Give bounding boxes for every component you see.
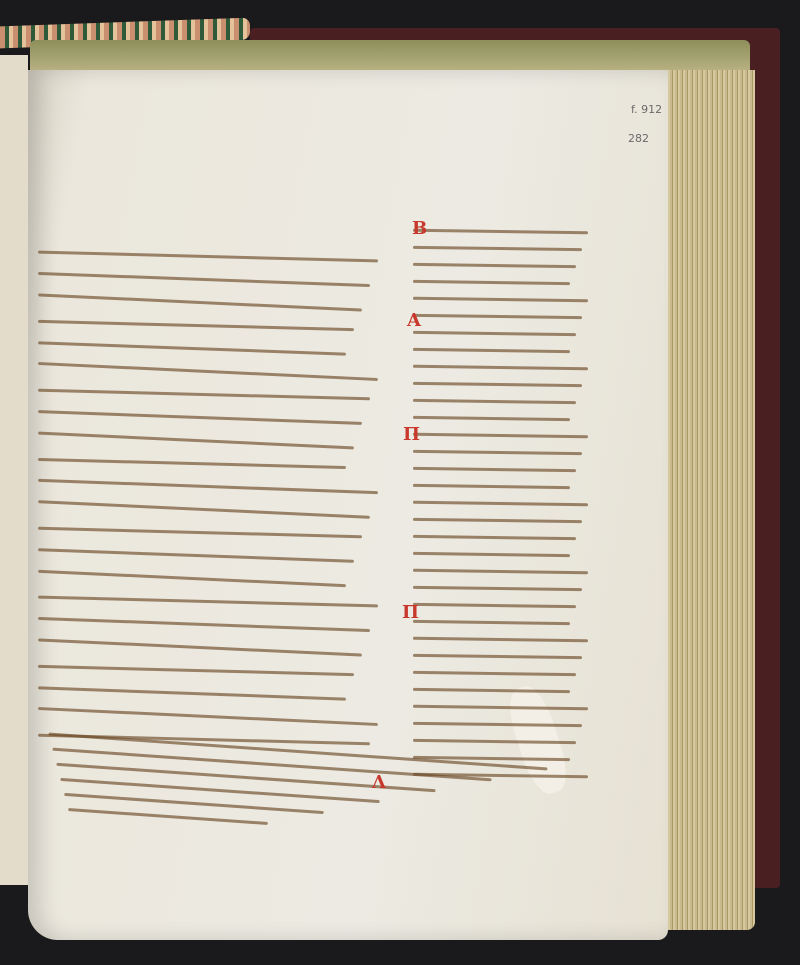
main-text-line	[38, 458, 346, 469]
commentary-text-line	[413, 297, 588, 302]
commentary-text-line	[413, 433, 588, 438]
bottom-note-line	[52, 748, 491, 782]
commentary-text-line	[413, 501, 588, 506]
rubric-initial: Λ	[372, 772, 386, 793]
commentary-text-line	[413, 331, 576, 336]
main-text-line	[38, 596, 378, 608]
main-text-line	[38, 432, 354, 450]
rubric-initial: Π	[402, 602, 419, 623]
commentary-text-line	[413, 484, 570, 489]
main-text-line	[38, 500, 370, 519]
main-text-line	[38, 707, 378, 726]
main-text-line	[38, 638, 362, 656]
commentary-text-line	[413, 314, 582, 319]
main-text-line	[38, 341, 346, 355]
commentary-text-line	[413, 382, 582, 387]
main-text-line	[38, 362, 378, 381]
commentary-text-line	[413, 671, 576, 676]
commentary-text-line	[413, 246, 582, 251]
commentary-text-line	[413, 263, 576, 268]
commentary-text-line	[413, 229, 588, 234]
rubric-initial: Β	[412, 218, 427, 239]
commentary-text-line	[413, 450, 582, 455]
commentary-text-line	[413, 535, 576, 540]
commentary-text-line	[413, 637, 588, 642]
rubric-initial: Π	[403, 424, 420, 445]
main-text-line	[38, 293, 362, 311]
commentary-text-line	[413, 722, 582, 727]
commentary-text-line	[413, 552, 570, 557]
commentary-text-line	[413, 399, 576, 404]
main-text-line	[38, 389, 370, 401]
main-text-line	[38, 548, 354, 563]
commentary-text-line	[413, 569, 588, 574]
commentary-text-line	[413, 688, 570, 693]
main-text-line	[38, 272, 370, 287]
bottom-note-line	[68, 808, 268, 825]
main-text-line	[38, 410, 362, 425]
main-text-line	[38, 665, 354, 676]
main-text-line	[38, 570, 346, 588]
manuscript-page: f. 912 282 ΒΑΠΠΛ	[28, 70, 668, 940]
main-text-line	[38, 251, 378, 263]
main-text-line	[38, 527, 362, 538]
fore-edge	[660, 70, 755, 930]
commentary-text-line	[413, 654, 582, 659]
main-text-line	[38, 479, 378, 494]
commentary-text-line	[413, 586, 582, 591]
main-text-line	[38, 320, 354, 331]
commentary-text-line	[413, 280, 570, 285]
commentary-text-line	[413, 416, 570, 421]
left-page-sliver	[0, 55, 28, 885]
rubric-initial: Α	[407, 310, 421, 331]
commentary-text-line	[413, 603, 576, 608]
commentary-text-line	[413, 518, 582, 523]
commentary-text-line	[413, 620, 570, 625]
main-text-line	[38, 686, 346, 700]
main-text-line	[38, 617, 370, 632]
commentary-text-line	[413, 348, 570, 353]
commentary-text-line	[413, 467, 576, 472]
folio-mark-1: f. 912	[631, 103, 662, 116]
folio-number: 282	[628, 132, 649, 145]
commentary-text-line	[413, 365, 588, 370]
commentary-text-line	[413, 705, 588, 710]
